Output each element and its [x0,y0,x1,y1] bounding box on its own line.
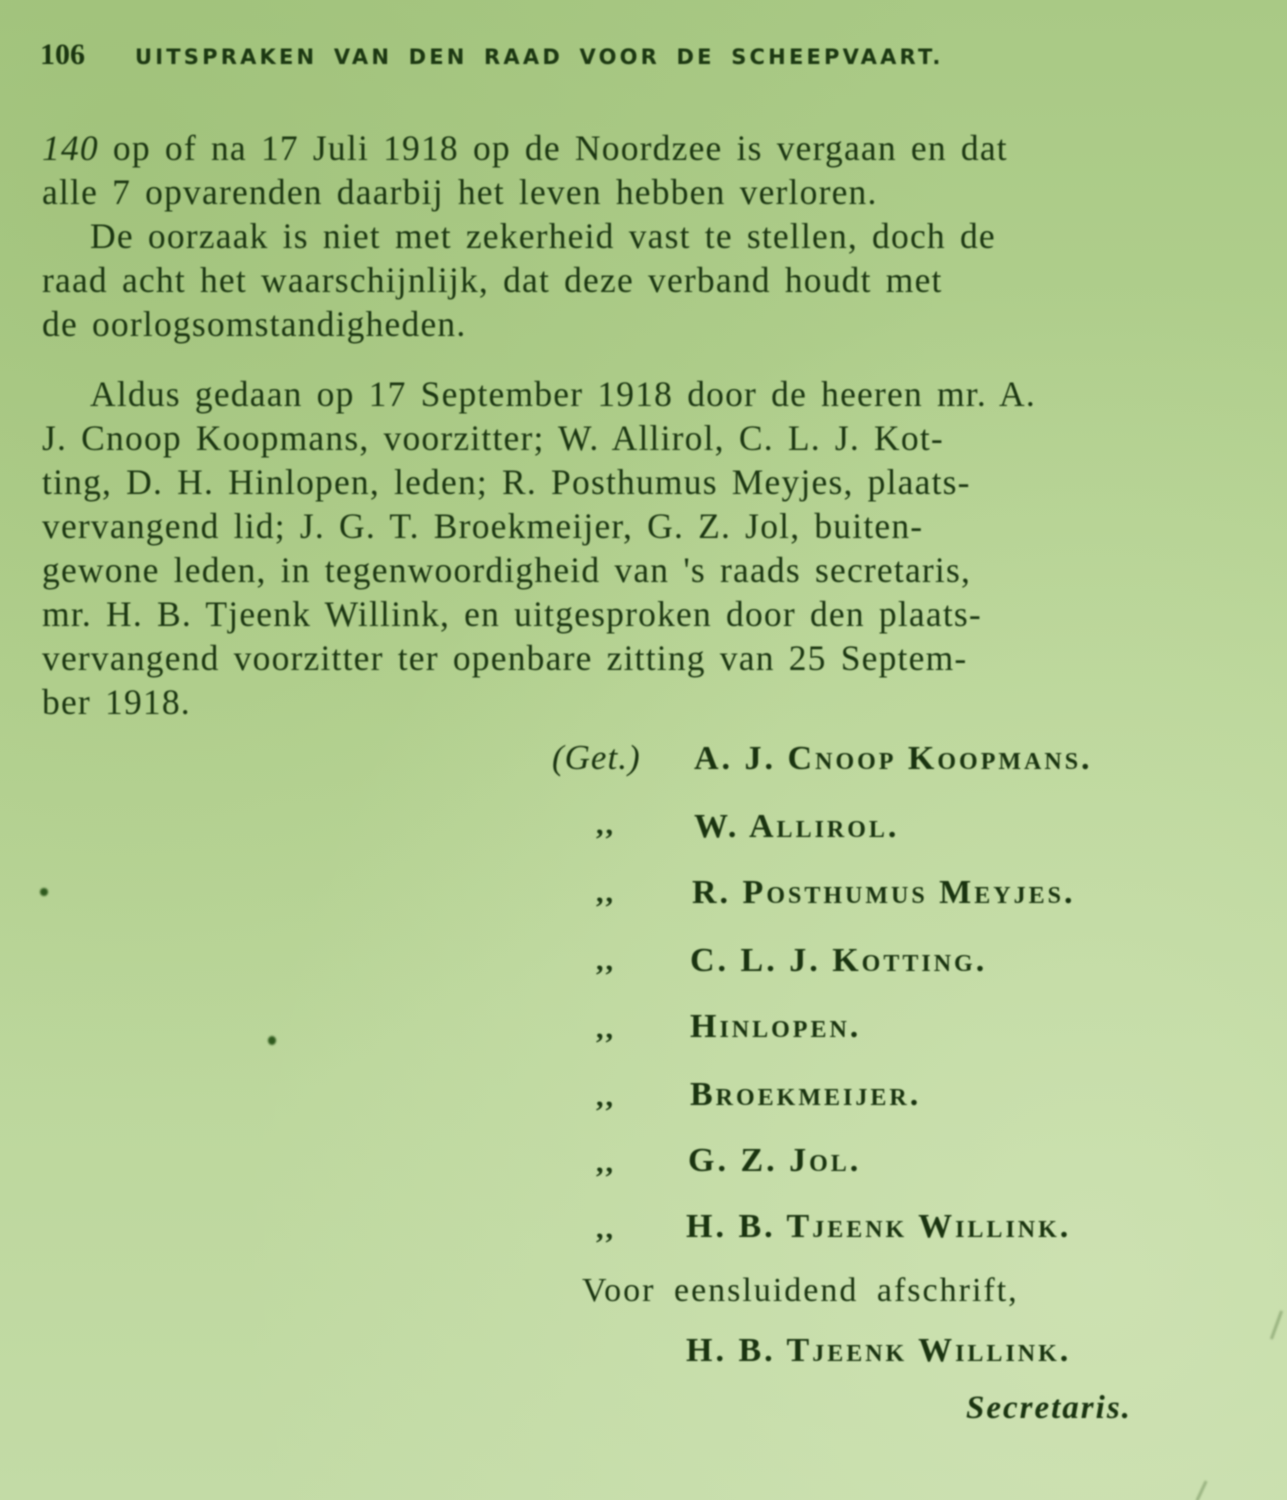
signature-block: (Get.) A. J. Cnoop Koopmans. ,, W. Allir… [0,0,1287,1500]
signed-prefix: (Get.) [552,738,641,778]
ditto-mark: ,, [596,876,615,910]
signatory-name: C. L. J. Kotting. [690,942,987,980]
signatory-name: G. Z. Jol. [688,1142,861,1180]
certification-label: Voor eensluidend afschrift, [582,1272,1019,1310]
ditto-mark: ,, [596,944,615,978]
signatory-name: H. B. Tjeenk Willink. [686,1208,1071,1246]
signatory-name: Hinlopen. [690,1008,861,1046]
signatory-name: A. J. Cnoop Koopmans. [694,740,1093,778]
ditto-mark: ,, [596,1212,615,1246]
ditto-mark: ,, [596,1146,615,1180]
ditto-mark: ,, [596,1080,615,1114]
certifying-name: H. B. Tjeenk Willink. [686,1332,1071,1370]
paper-speck [40,888,48,896]
ditto-mark: ,, [596,1012,615,1046]
signatory-name: R. Posthumus Meyjes. [692,874,1075,912]
ditto-mark: ,, [596,808,615,842]
scanned-document-page: 106 UITSPRAKEN VAN DEN RAAD VOOR DE SCHE… [0,0,1287,1500]
certifying-role: Secretaris. [966,1390,1132,1427]
signatory-name: Broekmeijer. [690,1076,921,1114]
paper-speck [268,1036,276,1045]
signatory-name: W. Allirol. [694,808,899,846]
